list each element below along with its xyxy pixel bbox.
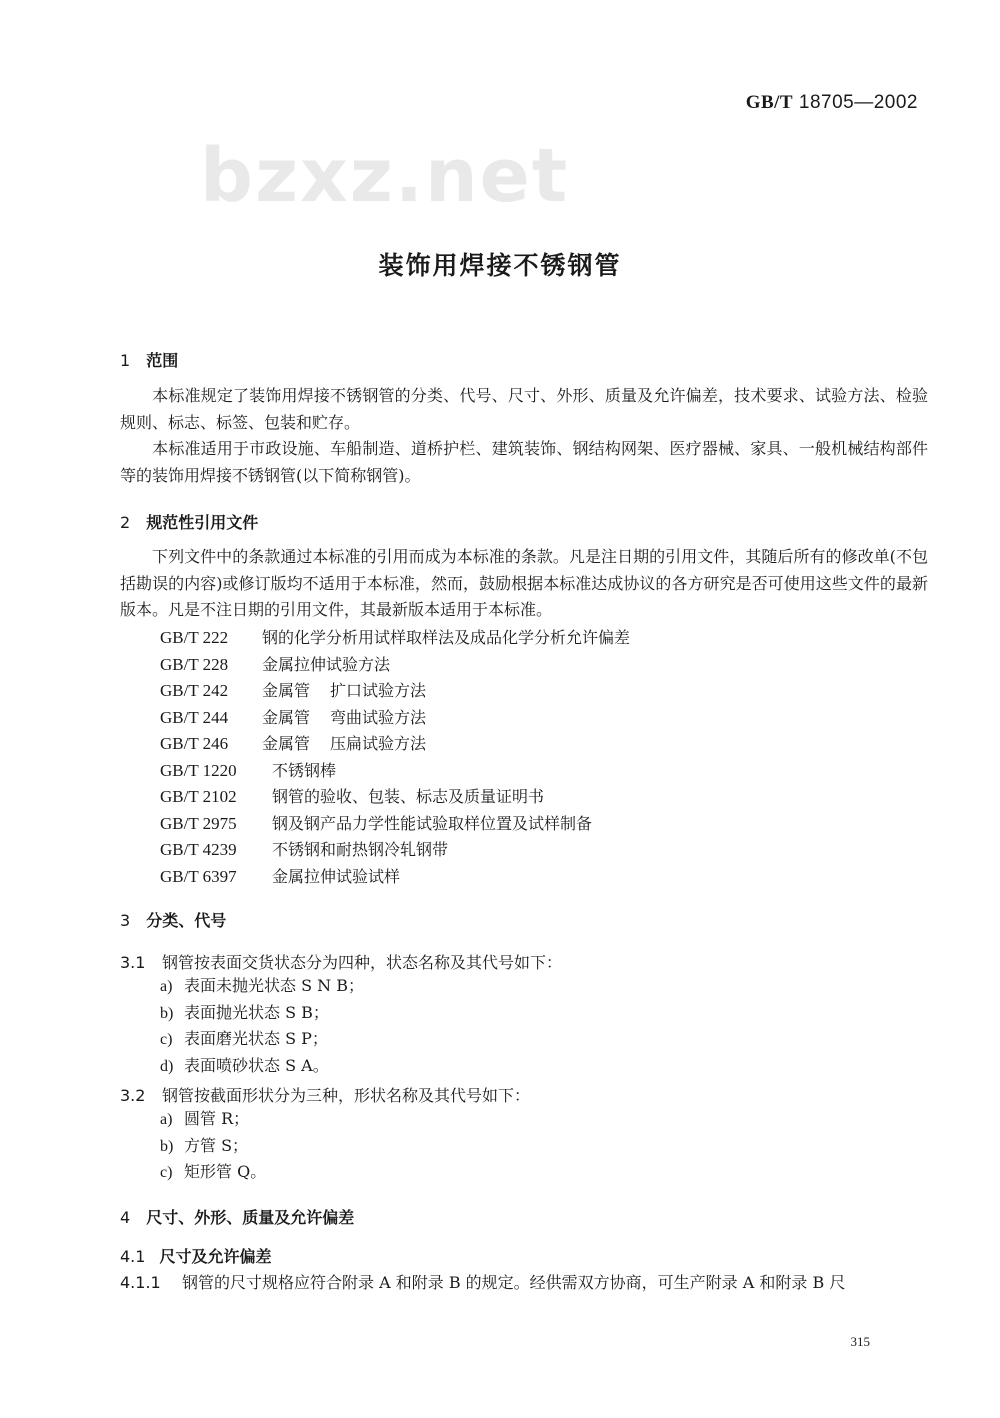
reference-item: GB/T 4239不锈钢和耐热钢冷轧钢带 <box>160 837 630 864</box>
list-item: d)表面喷砂状态 S A。 <box>160 1053 364 1080</box>
clause-4-1-1: 4.1.1钢管的尺寸规格应符合附录 A 和附录 B 的规定。经供需双方协商，可生… <box>120 1270 845 1293</box>
section-number: 1 <box>120 351 130 370</box>
reference-code: GB/T 6397 <box>160 864 272 891</box>
section-number: 2 <box>120 513 130 532</box>
list-item: c)矩形管 Q。 <box>160 1159 266 1186</box>
reference-code: GB/T 1220 <box>160 758 272 785</box>
list-item: b)方管 S； <box>160 1133 266 1160</box>
reference-title: 钢的化学分析用试样取样法及成品化学分析允许偏差 <box>262 625 630 652</box>
reference-item: GB/T 6397金属拉伸试验试样 <box>160 864 630 891</box>
reference-title: 金属管 <box>262 708 310 727</box>
reference-code: GB/T 242 <box>160 678 262 705</box>
reference-title: 不锈钢和耐热钢冷轧钢带 <box>272 837 448 864</box>
reference-code: GB/T 2102 <box>160 784 272 811</box>
reference-subtitle: 扩口试验方法 <box>330 681 426 700</box>
reference-title: 钢管的验收、包装、标志及质量证明书 <box>272 784 544 811</box>
reference-title: 金属管 <box>262 734 310 753</box>
reference-item: GB/T 228金属拉伸试验方法 <box>160 652 630 679</box>
reference-title: 金属拉伸试验试样 <box>272 864 400 891</box>
reference-item: GB/T 246金属管压扁试验方法 <box>160 731 630 758</box>
reference-title: 不锈钢棒 <box>272 758 336 785</box>
section-number: 4 <box>120 1208 130 1227</box>
clause-number: 3.1 <box>120 953 162 972</box>
section-1-paragraph-2: 本标准适用于市政设施、车船制造、道桥护栏、建筑装饰、钢结构网架、医疗器械、家具、… <box>120 436 928 489</box>
reference-title: 金属管 <box>262 681 310 700</box>
standard-prefix: GB/T <box>746 92 793 113</box>
section-title: 分类、代号 <box>146 911 226 930</box>
clause-title: 尺寸及允许偏差 <box>159 1247 271 1266</box>
section-title: 范围 <box>146 351 178 370</box>
section-number: 3 <box>120 911 130 930</box>
clause-number: 4.1 <box>120 1247 145 1266</box>
reference-item: GB/T 1220不锈钢棒 <box>160 758 630 785</box>
section-1-heading: 1范围 <box>120 348 178 371</box>
clause-number: 3.2 <box>120 1086 162 1105</box>
reference-title: 金属拉伸试验方法 <box>262 652 390 679</box>
reference-item: GB/T 222钢的化学分析用试样取样法及成品化学分析允许偏差 <box>160 625 630 652</box>
reference-title: 钢及钢产品力学性能试验取样位置及试样制备 <box>272 811 592 838</box>
watermark: bzxz.net <box>200 133 569 219</box>
reference-subtitle: 弯曲试验方法 <box>330 708 426 727</box>
reference-code: GB/T 244 <box>160 705 262 732</box>
reference-code: GB/T 4239 <box>160 837 272 864</box>
clause-text: 钢管的尺寸规格应符合附录 A 和附录 B 的规定。经供需双方协商，可生产附录 A… <box>182 1273 845 1292</box>
document-title: 装饰用焊接不锈钢管 <box>0 246 1000 282</box>
section-4-heading: 4尺寸、外形、质量及允许偏差 <box>120 1205 354 1228</box>
clause-3-2-items: a)圆管 R； b)方管 S； c)矩形管 Q。 <box>160 1106 266 1186</box>
standard-number: 18705—2002 <box>799 92 918 113</box>
reference-code: GB/T 246 <box>160 731 262 758</box>
page-number: 315 <box>851 1334 871 1350</box>
reference-item: GB/T 2102钢管的验收、包装、标志及质量证明书 <box>160 784 630 811</box>
reference-item: GB/T 242金属管扩口试验方法 <box>160 678 630 705</box>
reference-subtitle: 压扁试验方法 <box>330 734 426 753</box>
section-2-paragraph: 下列文件中的条款通过本标准的引用而成为本标准的条款。凡是注日期的引用文件，其随后… <box>120 544 928 624</box>
clause-text: 钢管按表面交货状态分为四种，状态名称及其代号如下： <box>162 953 562 972</box>
reference-code: GB/T 228 <box>160 652 262 679</box>
reference-list: GB/T 222钢的化学分析用试样取样法及成品化学分析允许偏差 GB/T 228… <box>160 625 630 890</box>
section-title: 尺寸、外形、质量及允许偏差 <box>146 1208 354 1227</box>
reference-code: GB/T 2975 <box>160 811 272 838</box>
section-1-paragraph-1: 本标准规定了装饰用焊接不锈钢管的分类、代号、尺寸、外形、质量及允许偏差，技术要求… <box>120 383 928 436</box>
standard-code: GB/T 18705—2002 <box>746 92 918 114</box>
reference-item: GB/T 2975钢及钢产品力学性能试验取样位置及试样制备 <box>160 811 630 838</box>
section-title: 规范性引用文件 <box>146 513 258 532</box>
clause-text: 钢管按截面形状分为三种，形状名称及其代号如下： <box>162 1086 530 1105</box>
clause-3-2: 3.2钢管按截面形状分为三种，形状名称及其代号如下： <box>120 1083 530 1106</box>
section-3-heading: 3分类、代号 <box>120 908 226 931</box>
clause-3-1-items: a)表面未抛光状态 S N B； b)表面抛光状态 S B； c)表面磨光状态 … <box>160 973 364 1079</box>
section-2-heading: 2规范性引用文件 <box>120 510 258 533</box>
reference-item: GB/T 244金属管弯曲试验方法 <box>160 705 630 732</box>
clause-4-1-heading: 4.1尺寸及允许偏差 <box>120 1244 271 1267</box>
clause-3-1: 3.1钢管按表面交货状态分为四种，状态名称及其代号如下： <box>120 950 562 973</box>
clause-number: 4.1.1 <box>120 1273 182 1292</box>
reference-code: GB/T 222 <box>160 625 262 652</box>
list-item: a)圆管 R； <box>160 1106 266 1133</box>
list-item: c)表面磨光状态 S P； <box>160 1026 364 1053</box>
list-item: b)表面抛光状态 S B； <box>160 1000 364 1027</box>
list-item: a)表面未抛光状态 S N B； <box>160 973 364 1000</box>
